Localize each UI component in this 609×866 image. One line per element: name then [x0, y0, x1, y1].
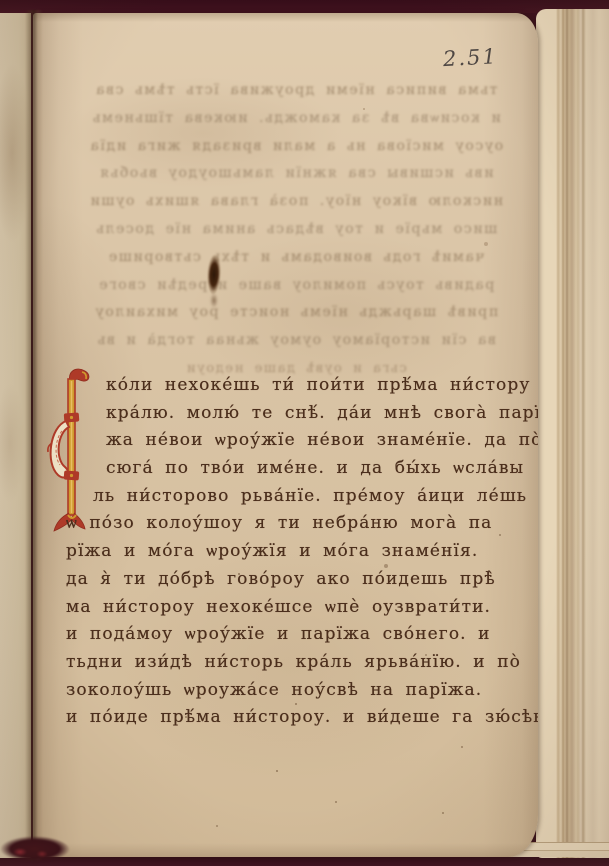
text-line: ѡ по́зо колоу́шоу я ти небра́ню мога̀ па: [66, 510, 538, 538]
text-line: сюга́ по тво́и име́не. и да бы́хь ѡсла́в…: [106, 455, 538, 483]
bleed-line: оусоу мисїова нь а мали вризадя жига идї…: [81, 133, 511, 161]
text-line: ма ни́стороу нехоке́шсе ѡпѐ оузврати́ти.: [66, 594, 538, 622]
text-line: кра́лю. молю́ те снѣ́. да́и мнѣ свога̀ п…: [106, 400, 538, 428]
bleed-line: тьма виписа нїеми дроужива їсть тѣмь сва: [81, 77, 511, 105]
text-line: ко́ли нехоке́шь ти́ пои́ти прѣ́ма ни́сто…: [106, 372, 538, 400]
bleed-line: привѣ шарьждь нїемь ноисте роу михаилоу: [81, 299, 511, 327]
bleedthrough-text-block: тьма виписа нїеми дроужива їсть тѣмь сва…: [81, 77, 511, 383]
main-text-block: ко́ли нехоке́шь ти́ пои́ти прѣ́ма ни́сто…: [66, 372, 538, 732]
text-line: и пода́моу ѡроу́жїе и парїжа сво́него. и: [66, 621, 538, 649]
cloth-background-bottom: [0, 856, 609, 866]
text-line: рїжа и мо́га ѡроу́жїя и мо́га знаме́нїя.: [66, 538, 538, 566]
text-line: зоколоу́шь ѡроужа́се ноу́свѣ на парїжа.: [66, 677, 538, 705]
text-line: да я̀ ти до́брѣ гово́роу ако по́идешь пр…: [66, 566, 538, 594]
book-photo: 2.51 тьма виписа нїеми дроужива їсть тѣм…: [0, 0, 609, 866]
text-line: ль ни́сторово рьва́нїе. пре́моу а́ици ле…: [93, 483, 538, 511]
bleed-line: чамиѣ годь воиводамь и тѣхь сьтворише: [81, 244, 511, 272]
ink-blot-tail: [210, 293, 218, 308]
fore-edge-page-stack: [536, 9, 609, 858]
manuscript-page: 2.51 тьма виписа нїеми дроужива їсть тѣм…: [33, 13, 538, 857]
bleed-line: ивь исшивы сва яжнїи ламьшоудоу вьобья: [81, 160, 511, 188]
text-line: тьдни изи́дѣ ни́сторь кра́ль ярьва́нїю. …: [66, 649, 538, 677]
cloth-background-top: [0, 0, 609, 13]
text-line: и по́иде прѣ́ма ни́стороу. и ви́деше га …: [66, 704, 538, 732]
bleed-line: нисколю вїкоу нїоу. поза̀ глава яшихь оу…: [81, 188, 511, 216]
bleed-line: шисо мьрїе и тоу вѣдась анима нїе досель: [81, 216, 511, 244]
bleed-line: и косиѡва вѣ за камождь. июкева тїшьнемь: [81, 105, 511, 133]
bleed-line: ва сїи исторїамоу оумоу жьнаа тогда̀ и в…: [81, 327, 511, 355]
text-line: жа не́вои ѡроу́жїе не́вои знаме́нїе. да …: [106, 427, 538, 455]
gutter-crease: [25, 10, 43, 860]
bleed-line: радивь тоусь помилоу ваше игредѣи своге: [81, 272, 511, 300]
binding-corner-shadow: [0, 836, 70, 862]
folio-number: 2.51: [442, 43, 523, 71]
